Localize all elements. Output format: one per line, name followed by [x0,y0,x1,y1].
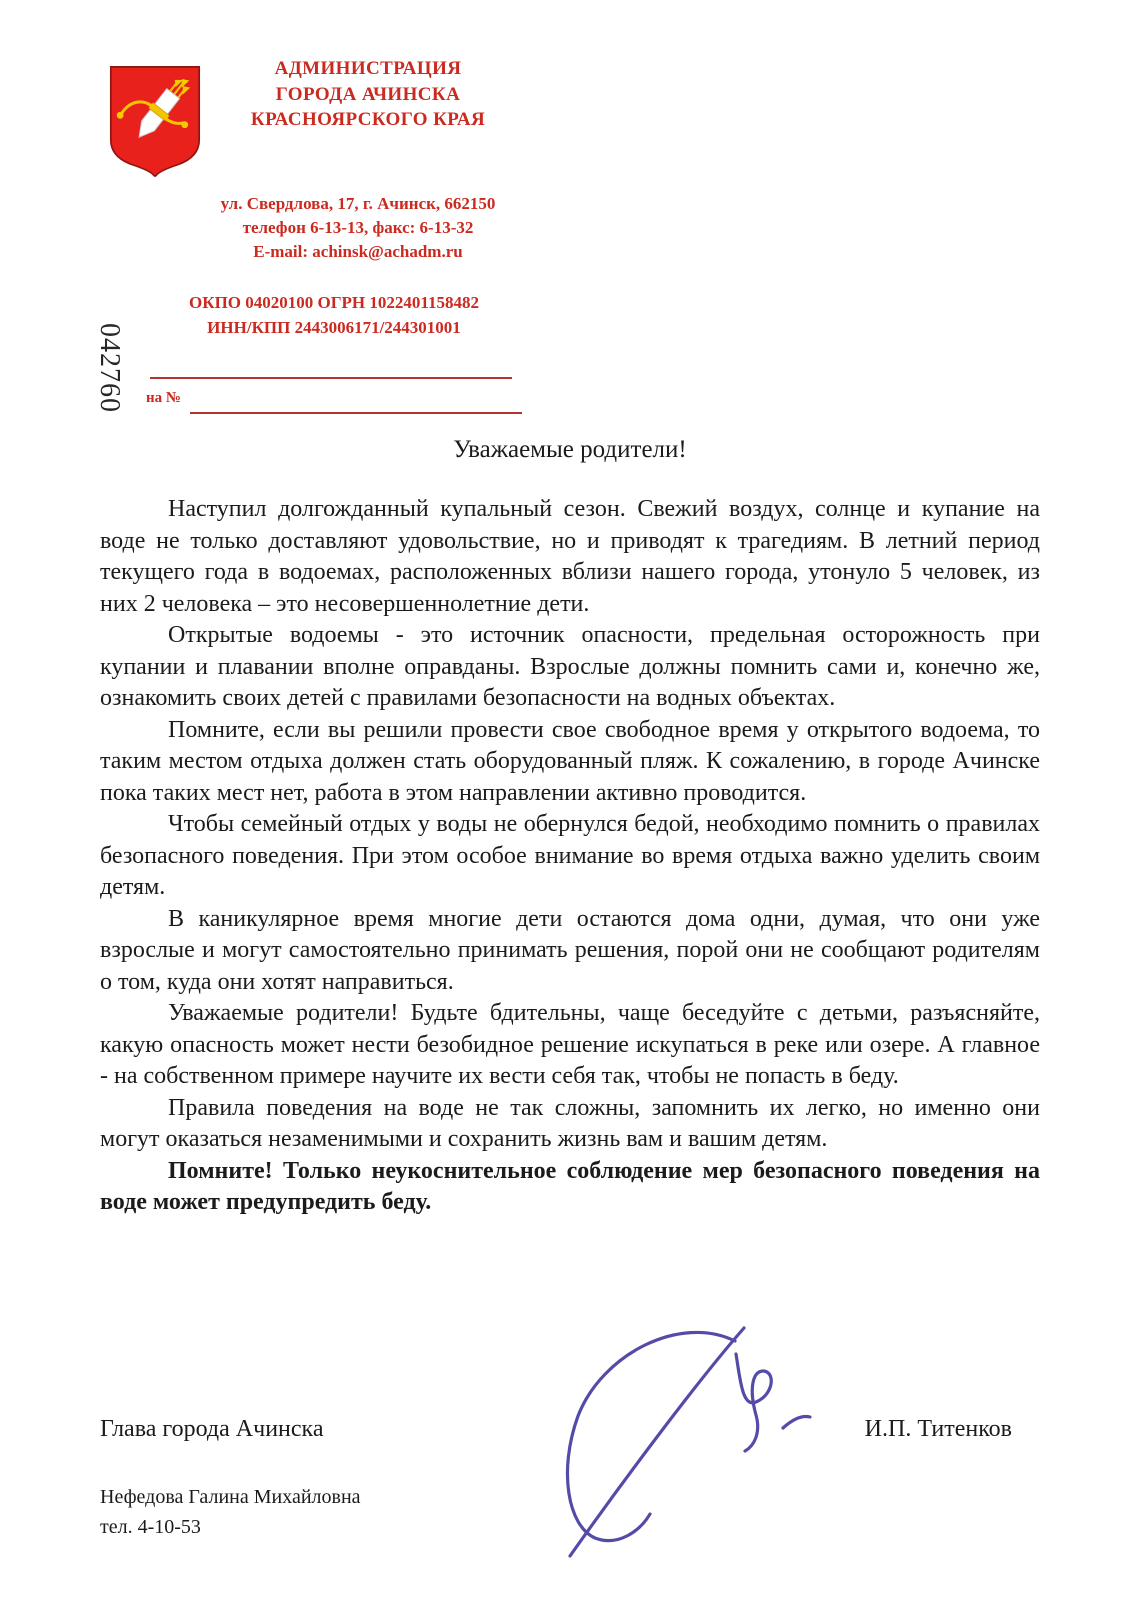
letter-paragraph: Чтобы семейный отдых у воды не обернулся… [100,809,1040,904]
address-line: телефон 6-13-13, факс: 6-13-32 [185,216,531,240]
letter-paragraph: Правила поведения на воде не так сложны,… [100,1093,1040,1156]
reference-number-line [190,412,522,414]
signer-title: Глава города Ачинска [100,1416,323,1443]
contact-name: Нефедова Галина Михайловна [100,1482,361,1512]
registry-line: ИНН/КПП 2443006171/244301001 [158,315,510,340]
executor-contact: Нефедова Галина Михайловна тел. 4-10-53 [100,1482,361,1542]
salutation: Уважаемые родители! [100,436,1040,464]
letter-body: Уважаемые родители! Наступил долгожданны… [100,436,1040,1219]
reference-label: на № [146,390,181,407]
letter-paragraph: Уважаемые родители! Будьте бдительны, ча… [100,998,1040,1093]
signer-name: И.П. Титенков [865,1416,1012,1443]
registry-codes: ОКПО 04020100 ОГРН 1022401158482 ИНН/КПП… [158,290,510,340]
org-name-line: КРАСНОЯРСКОГО КРАЯ [230,107,506,133]
organization-name: АДМИНИСТРАЦИЯ ГОРОДА АЧИНСКА КРАСНОЯРСКО… [230,56,506,133]
address-block: ул. Свердлова, 17, г. Ачинск, 662150 тел… [185,192,531,264]
org-name-line: АДМИНИСТРАЦИЯ [230,56,506,82]
document-number: 042760 [93,309,125,427]
contact-phone: тел. 4-10-53 [100,1512,361,1542]
letter-paragraph: Наступил долгожданный купальный сезон. С… [100,494,1040,620]
letter-paragraph: Помните, если вы решили провести свое св… [100,715,1040,810]
letter-paragraph: Открытые водоемы - это источник опасност… [100,620,1040,715]
closing-statement: Помните! Только неукоснительное соблюден… [100,1156,1040,1219]
registry-line: ОКПО 04020100 ОГРН 1022401158482 [158,290,510,315]
letter-paragraph: В каникулярное время многие дети остаютс… [100,904,1040,999]
document-page: АДМИНИСТРАЦИЯ ГОРОДА АЧИНСКА КРАСНОЯРСКО… [0,0,1131,1600]
coat-of-arms-icon [104,58,206,182]
signature-row: Глава города Ачинска И.П. Титенков [100,1416,1040,1443]
address-line: E-mail: achinsk@achadm.ru [185,240,531,264]
address-line: ул. Свердлова, 17, г. Ачинск, 662150 [185,192,531,216]
outgoing-number-line [150,377,512,379]
org-name-line: ГОРОДА АЧИНСКА [230,82,506,108]
